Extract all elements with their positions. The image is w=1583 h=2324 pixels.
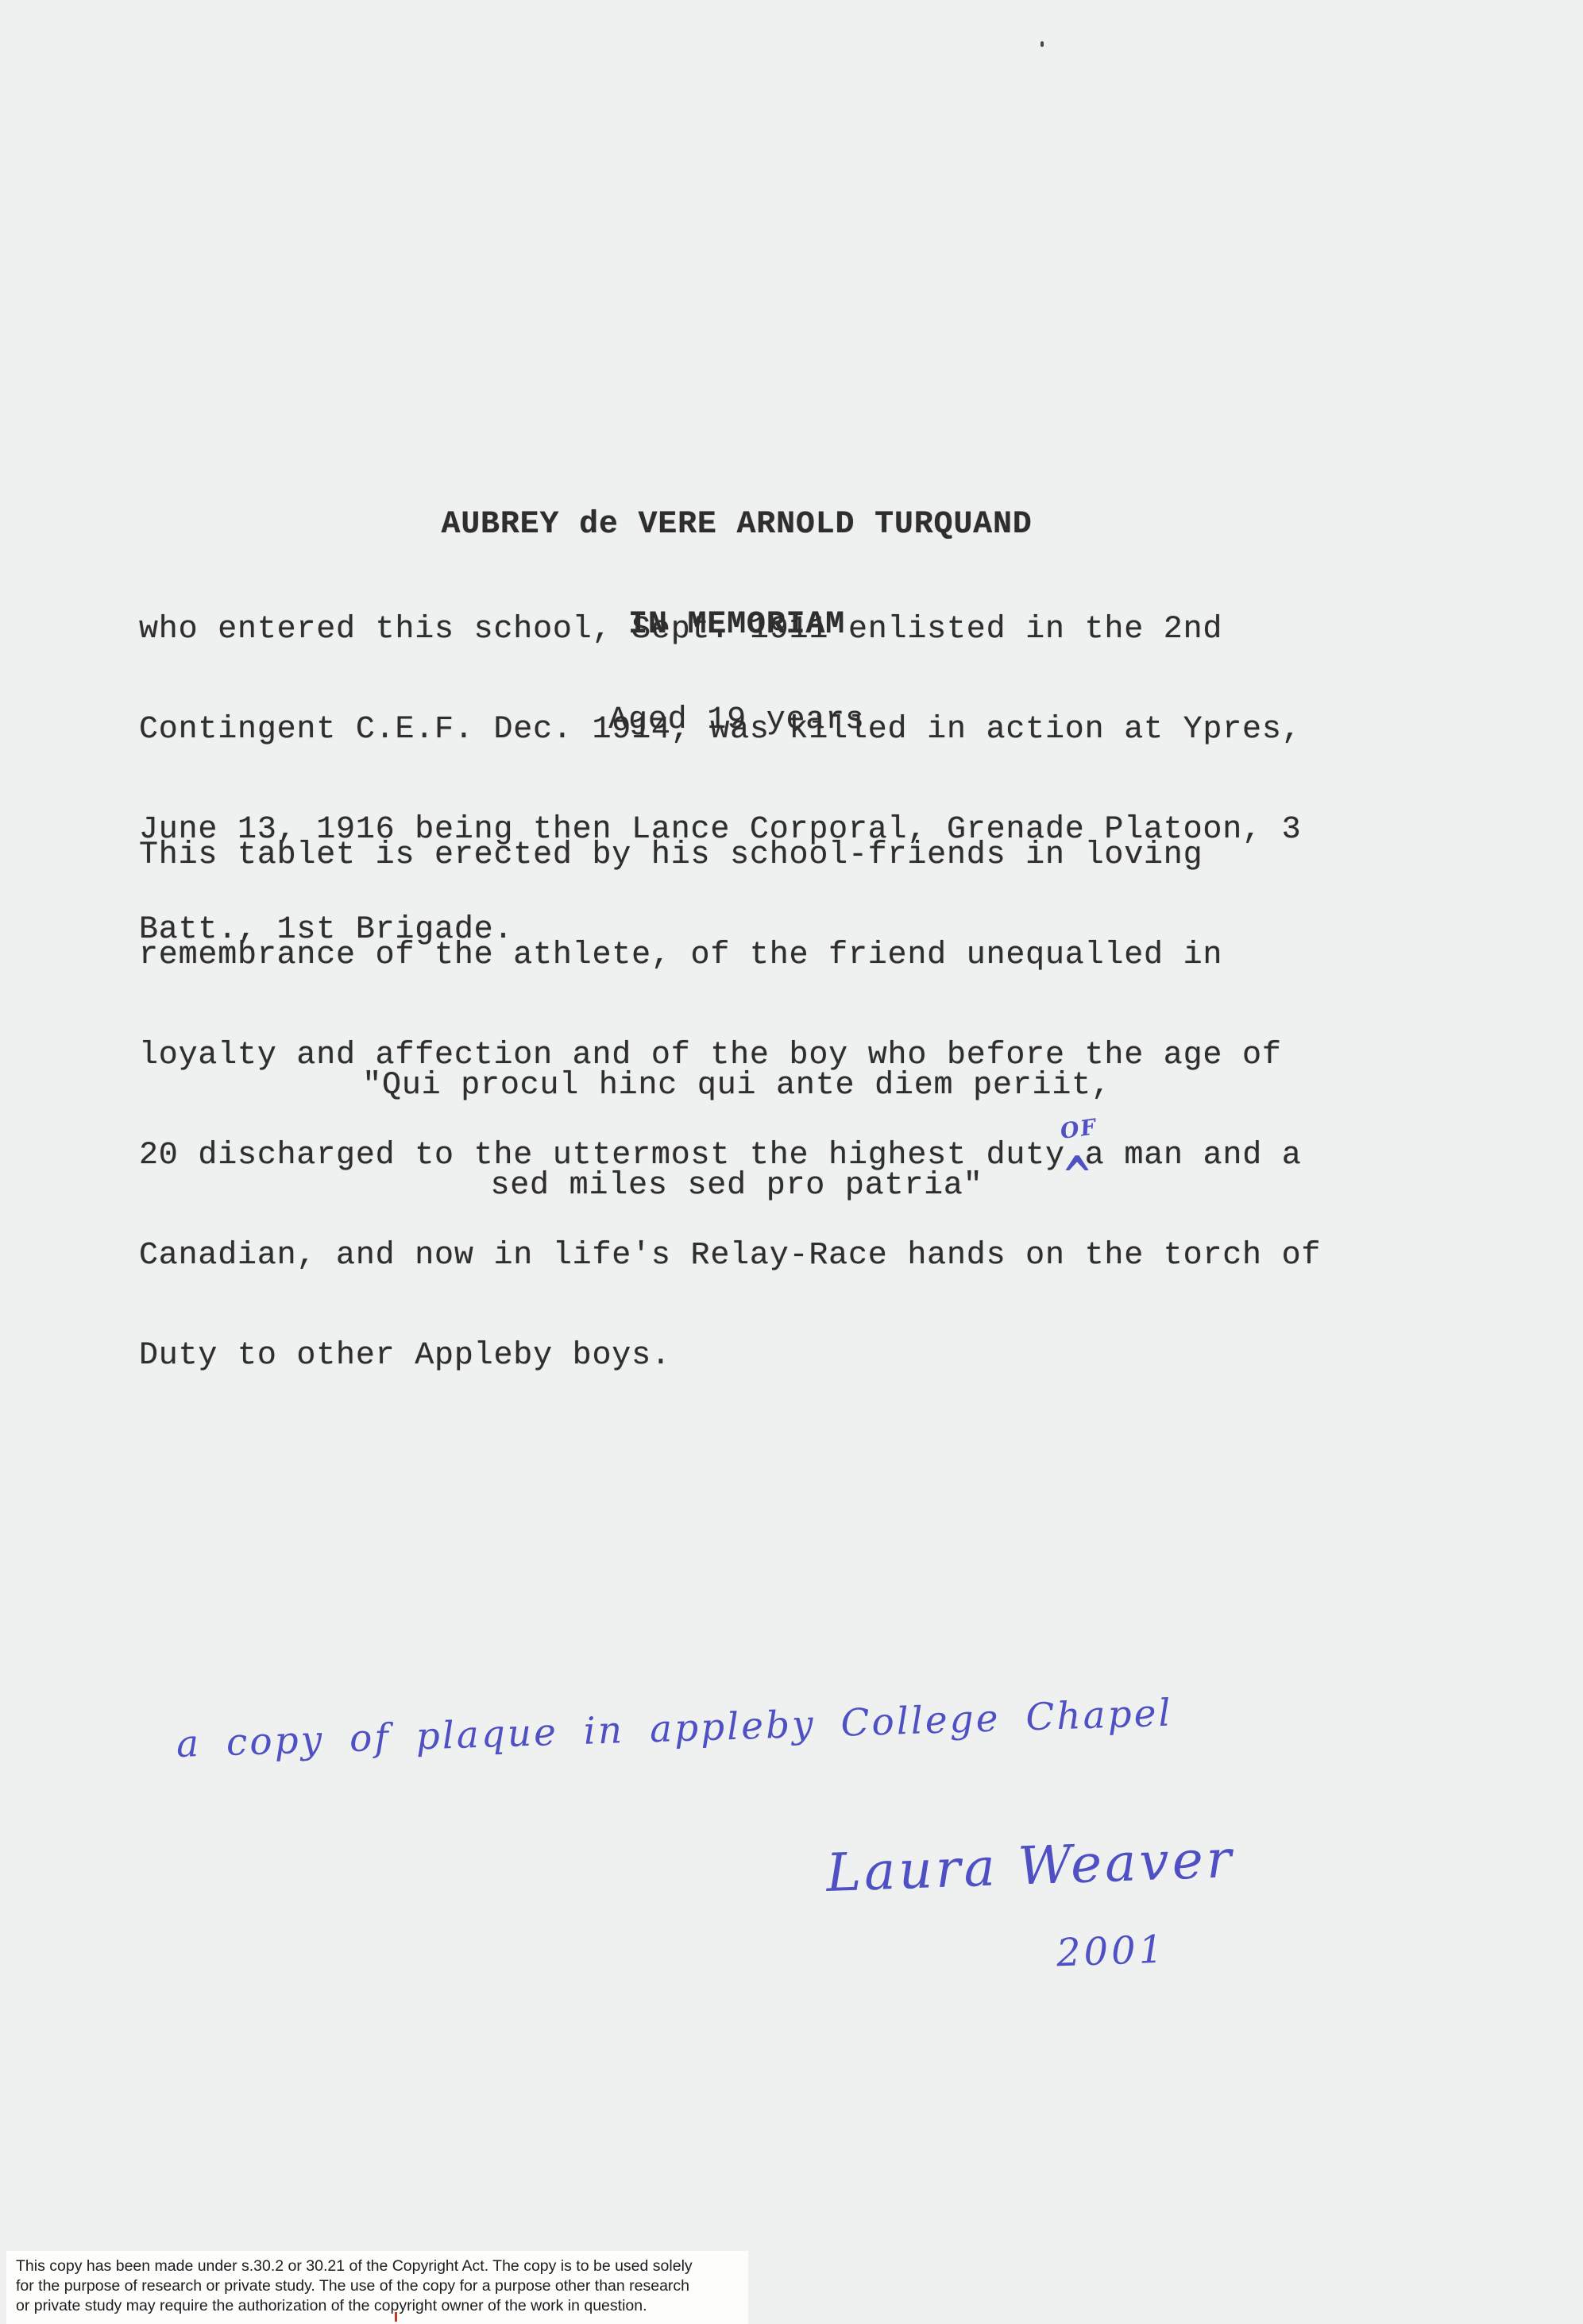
- paragraph-line: Duty to other Appleby boys.: [139, 1340, 1321, 1373]
- scan-red-mark: [395, 2312, 397, 2322]
- handwritten-note: a copy of plaque in appleby College Chap…: [176, 1685, 1368, 1766]
- signature-year: 2001: [1056, 1928, 1167, 1976]
- quote-line: sed miles sed pro patria": [139, 1170, 1334, 1203]
- paragraph-line: remembrance of the athlete, of the frien…: [139, 939, 1321, 973]
- paragraph-line: This tablet is erected by his school-fri…: [139, 839, 1321, 872]
- copyright-notice: This copy has been made under s.30.2 or …: [6, 2251, 748, 2324]
- aged-line: Aged 19 years: [139, 704, 1334, 737]
- scanned-memorial-page: AUBREY de VERE ARNOLD TURQUAND IN MEMORI…: [0, 0, 1583, 2324]
- copyright-line: or private study may require the authori…: [16, 2296, 740, 2316]
- paragraph-line: who entered this school, Sept. 1911 enli…: [139, 613, 1301, 647]
- quote-line: "Qui procul hinc qui ante diem periit,: [139, 1069, 1334, 1103]
- signature: Laura Weaver: [825, 1828, 1236, 1904]
- memorial-title: AUBREY de VERE ARNOLD TURQUAND: [139, 508, 1334, 542]
- scan-speck: [1041, 41, 1044, 47]
- copyright-line: This copy has been made under s.30.2 or …: [16, 2256, 740, 2276]
- copyright-line: for the purpose of research or private s…: [16, 2276, 740, 2296]
- latin-quote: "Qui procul hinc qui ante diem periit, s…: [139, 1003, 1334, 1270]
